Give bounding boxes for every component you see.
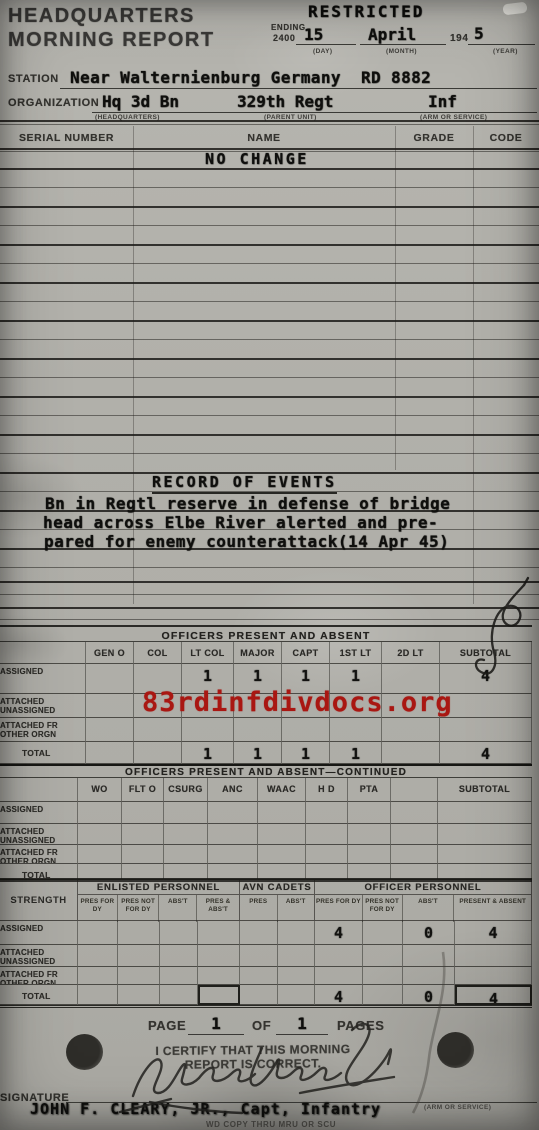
grid-cell bbox=[455, 967, 532, 985]
strength-group-title: ENLISTED PERSONNEL bbox=[78, 880, 239, 895]
grid-cell bbox=[440, 718, 532, 742]
grid-cell bbox=[391, 824, 438, 845]
grid-cell bbox=[86, 718, 134, 742]
grid-cell bbox=[258, 802, 306, 824]
ruled-line bbox=[0, 206, 539, 208]
ruled-line bbox=[0, 358, 539, 360]
ruled-line bbox=[0, 168, 539, 170]
grid-row-label: TOTAL bbox=[0, 742, 86, 764]
grid-cell bbox=[78, 985, 118, 1005]
strength-subheader-row: PRES FOR DYPRES NOT FOR DYABS'TPRES & AB… bbox=[78, 895, 239, 922]
of-label: OF bbox=[252, 1018, 271, 1033]
grid-col-header: ANC bbox=[208, 778, 258, 802]
record-of-events-title: RECORD OF EVENTS bbox=[152, 473, 337, 494]
grid-col-header: WO bbox=[78, 778, 122, 802]
strength-subheader-row: PRESABS'T bbox=[240, 895, 314, 922]
grid-cell bbox=[348, 845, 391, 864]
grid-col-header: COL bbox=[134, 642, 182, 664]
morning-report-document: HEADQUARTERS MORNING REPORT RESTRICTED E… bbox=[0, 0, 539, 1130]
form-title-line2: MORNING REPORT bbox=[8, 29, 215, 52]
grid-cell: 4 bbox=[440, 664, 532, 694]
grid-row-label: ATTACHED FR OTHER ORGN bbox=[0, 718, 86, 742]
certification-statement: I CERTIFY THAT THIS MORNING REPORT IS CO… bbox=[138, 1042, 368, 1073]
ruled-line bbox=[0, 244, 539, 246]
grid-col-header: LT COL bbox=[182, 642, 234, 664]
ruled-line bbox=[0, 377, 539, 378]
ruled-line bbox=[0, 263, 539, 264]
copy-routing-note: WD COPY THRU MRU OR SCU bbox=[206, 1120, 336, 1129]
grid-row-label: ASSIGNED bbox=[0, 921, 78, 945]
strength-subheader: ABS'T bbox=[403, 895, 455, 922]
strength-table-header: STRENGTHENLISTED PERSONNELPRES FOR DYPRE… bbox=[0, 878, 532, 920]
grid-cell: 4 bbox=[440, 742, 532, 764]
ruled-line bbox=[0, 301, 539, 302]
punch-hole-left bbox=[66, 1034, 103, 1070]
grid-cell bbox=[315, 945, 363, 967]
ruled-line bbox=[0, 594, 539, 595]
grid-cell: 1 bbox=[182, 742, 234, 764]
restricted-stamp: RESTRICTED bbox=[308, 2, 424, 21]
grid-cell bbox=[78, 802, 122, 824]
org-unit-value: Hq 3d Bn bbox=[102, 92, 179, 111]
grid-cell bbox=[198, 967, 240, 985]
strength-subheader: ABS'T bbox=[159, 895, 197, 922]
strength-header-label: STRENGTH bbox=[0, 880, 78, 920]
strength-subheader: PRES FOR DY bbox=[315, 895, 363, 922]
grid-row-label: ASSIGNED bbox=[0, 664, 86, 694]
grid-cell bbox=[391, 802, 438, 824]
ruled-line bbox=[0, 320, 539, 322]
grid-col-header bbox=[391, 778, 438, 802]
day-value: 15 bbox=[304, 25, 323, 44]
grid-cell bbox=[278, 945, 315, 967]
grid-cell bbox=[258, 824, 306, 845]
arm-or-service-caption: (ARM OR SERVICE) bbox=[424, 1104, 491, 1111]
ruled-line bbox=[0, 453, 539, 454]
grid-cell bbox=[198, 945, 240, 967]
grid-cell: 1 bbox=[282, 742, 330, 764]
pages-number-blank: 1 bbox=[276, 1014, 328, 1035]
grid-cell bbox=[182, 718, 234, 742]
grid-row-label: ATTACHED FR OTHER ORGN bbox=[0, 845, 78, 864]
grid-cell bbox=[258, 845, 306, 864]
grid-cell bbox=[164, 802, 208, 824]
grid-cell bbox=[134, 742, 182, 764]
scan-artifact-mark bbox=[502, 2, 527, 16]
org-arm-value: Inf bbox=[428, 92, 457, 111]
grid-cell bbox=[306, 802, 348, 824]
month-value: April bbox=[368, 25, 416, 44]
form-title-line1: HEADQUARTERS bbox=[8, 5, 195, 28]
grid-cell bbox=[348, 802, 391, 824]
grid-cell bbox=[363, 985, 403, 1005]
grid-col-header: GEN O bbox=[86, 642, 134, 664]
grid-cell bbox=[315, 967, 363, 985]
strength-group: OFFICER PERSONNELPRES FOR DYPRES NOT FOR… bbox=[315, 880, 532, 920]
grid-row-label: TOTAL bbox=[0, 985, 78, 1005]
grid-row-label: ATTACHED UNASSIGNED bbox=[0, 945, 78, 967]
grid-cell bbox=[160, 967, 198, 985]
grid-corner-cell bbox=[0, 642, 86, 664]
station-value: Near Walternienburg Germany RD 8882 bbox=[70, 68, 431, 87]
grid-cell bbox=[122, 824, 164, 845]
grid-cell bbox=[78, 824, 122, 845]
officers-continued-title: OFFICERS PRESENT AND ABSENT—CONTINUED bbox=[0, 764, 532, 778]
grid-cell bbox=[391, 845, 438, 864]
col-header-name: NAME bbox=[133, 132, 395, 144]
grid-cell bbox=[160, 921, 198, 945]
officers-continued-table: OFFICERS PRESENT AND ABSENT—CONTINUED WO… bbox=[0, 764, 532, 882]
grid-corner-cell bbox=[0, 778, 78, 802]
grid-cell bbox=[86, 664, 134, 694]
organization-label: ORGANIZATION bbox=[8, 97, 99, 109]
strength-subheader: PRES NOT FOR DY bbox=[363, 895, 403, 922]
grid-col-header: SUBTOTAL bbox=[440, 642, 532, 664]
grid-cell: 0 bbox=[403, 985, 455, 1005]
grid-cell bbox=[160, 985, 198, 1005]
grid-row-label: ATTACHED UNASSIGNED bbox=[0, 824, 78, 845]
roster-divider-3 bbox=[473, 126, 474, 604]
grid-cell bbox=[278, 967, 315, 985]
events-line-2: head across Elbe River alerted and pre- bbox=[43, 513, 438, 532]
grid-row-label: ATTACHED FR OTHER ORGN bbox=[0, 967, 78, 985]
ruled-line bbox=[0, 415, 539, 416]
strength-subheader: PRES NOT FOR DY bbox=[118, 895, 160, 922]
page-label: PAGE bbox=[148, 1018, 186, 1033]
strength-subheader: PRESENT & ABSENT bbox=[454, 895, 531, 922]
ruled-line bbox=[0, 619, 539, 620]
grid-cell bbox=[234, 718, 282, 742]
grid-col-header: 2D LT bbox=[382, 642, 440, 664]
page-number-value: 1 bbox=[211, 1014, 221, 1033]
roster-divider-2 bbox=[395, 126, 396, 470]
col-header-serial-number: SERIAL NUMBER bbox=[0, 132, 133, 144]
grid-cell bbox=[164, 824, 208, 845]
officers-table-title: OFFICERS PRESENT AND ABSENT bbox=[0, 625, 532, 642]
strength-group-title: AVN CADETS bbox=[240, 880, 314, 895]
grid-cell bbox=[164, 845, 208, 864]
grid-cell bbox=[240, 967, 278, 985]
grid-cell bbox=[363, 967, 403, 985]
grid-cell bbox=[78, 921, 118, 945]
grid-cell bbox=[86, 742, 134, 764]
officers-continued-grid: WOFLT OCSURGANCWAACH DPTASUBTOTALASSIGNE… bbox=[0, 778, 532, 882]
strength-subheader: PRES & ABS'T bbox=[197, 895, 239, 922]
grid-cell bbox=[78, 845, 122, 864]
header-rule-2 bbox=[0, 124, 539, 125]
grid-cell bbox=[403, 945, 455, 967]
strength-table-grid: ASSIGNED404ATTACHED UNASSIGNEDATTACHED F… bbox=[0, 920, 532, 1008]
grid-cell bbox=[78, 945, 118, 967]
header-rule-1 bbox=[0, 120, 539, 122]
grid-cell bbox=[306, 824, 348, 845]
grid-cell bbox=[240, 985, 278, 1005]
year-caption: (YEAR) bbox=[493, 48, 518, 55]
grid-cell bbox=[330, 718, 382, 742]
grid-cell bbox=[455, 945, 532, 967]
ruled-line bbox=[0, 282, 539, 284]
pages-number-value: 1 bbox=[297, 1014, 307, 1033]
grid-cell bbox=[438, 845, 532, 864]
grid-cell bbox=[306, 845, 348, 864]
strength-table: STRENGTHENLISTED PERSONNELPRES FOR DYPRE… bbox=[0, 878, 532, 1008]
grid-col-header: 1ST LT bbox=[330, 642, 382, 664]
month-caption: (MONTH) bbox=[386, 48, 417, 55]
grid-cell bbox=[208, 845, 258, 864]
grid-cell bbox=[363, 945, 403, 967]
grid-cell bbox=[118, 921, 160, 945]
page-number-blank: 1 bbox=[188, 1014, 244, 1035]
col-header-code: CODE bbox=[473, 132, 539, 144]
grid-cell bbox=[160, 945, 198, 967]
ruled-line bbox=[0, 339, 539, 340]
grid-cell bbox=[118, 967, 160, 985]
grid-cell bbox=[278, 985, 315, 1005]
grid-cell bbox=[278, 921, 315, 945]
grid-cell bbox=[118, 945, 160, 967]
grid-cell bbox=[208, 824, 258, 845]
strength-group: AVN CADETSPRESABS'T bbox=[240, 880, 315, 920]
grid-cell bbox=[382, 742, 440, 764]
grid-col-header: SUBTOTAL bbox=[438, 778, 532, 802]
ending-time: 2400 bbox=[273, 33, 295, 43]
grid-cell bbox=[208, 802, 258, 824]
grid-cell bbox=[198, 921, 240, 945]
grid-cell bbox=[440, 694, 532, 718]
ruled-line bbox=[0, 396, 539, 398]
grid-cell: 0 bbox=[403, 921, 455, 945]
certify-line-2: REPORT IS CORRECT. bbox=[138, 1056, 368, 1073]
grid-cell bbox=[438, 824, 532, 845]
grid-col-header: CSURG bbox=[164, 778, 208, 802]
grid-cell bbox=[198, 985, 240, 1005]
ruled-line bbox=[0, 434, 539, 436]
day-caption: (DAY) bbox=[313, 48, 332, 55]
grid-cell: 4 bbox=[455, 985, 532, 1005]
grid-col-header: PTA bbox=[348, 778, 391, 802]
watermark-text: 83rdinfdivdocs.org bbox=[142, 687, 453, 718]
ruled-line bbox=[0, 225, 539, 226]
grid-cell: 4 bbox=[455, 921, 532, 945]
ruled-line bbox=[0, 187, 539, 188]
grid-cell: 1 bbox=[330, 742, 382, 764]
grid-col-header: WAAC bbox=[258, 778, 306, 802]
ruled-line bbox=[0, 567, 539, 568]
pages-label: PAGES bbox=[337, 1018, 385, 1033]
grid-cell bbox=[382, 718, 440, 742]
grid-cell bbox=[240, 945, 278, 967]
grid-col-header: MAJOR bbox=[234, 642, 282, 664]
certify-line-1: I CERTIFY THAT THIS MORNING bbox=[138, 1042, 368, 1059]
punch-hole-right bbox=[437, 1032, 474, 1068]
strength-group-title: OFFICER PERSONNEL bbox=[315, 880, 531, 895]
strength-subheader: PRES FOR DY bbox=[78, 895, 118, 922]
col-header-grade: GRADE bbox=[395, 132, 473, 144]
roster-entry-no-change: NO CHANGE bbox=[205, 150, 309, 168]
strength-subheader: PRES bbox=[240, 895, 278, 922]
strength-subheader-row: PRES FOR DYPRES NOT FOR DYABS'TPRESENT &… bbox=[315, 895, 531, 922]
grid-cell: 4 bbox=[315, 985, 363, 1005]
grid-cell bbox=[134, 718, 182, 742]
org-parent-value: 329th Regt bbox=[237, 92, 333, 111]
grid-cell bbox=[240, 921, 278, 945]
grid-col-header: FLT O bbox=[122, 778, 164, 802]
grid-cell bbox=[118, 985, 160, 1005]
events-line-3: pared for enemy counterattack(14 Apr 45) bbox=[44, 532, 449, 551]
grid-cell bbox=[122, 802, 164, 824]
grid-cell bbox=[348, 824, 391, 845]
year-prefix: 194 bbox=[450, 33, 469, 44]
year-value: 5 bbox=[474, 24, 484, 43]
grid-row-label: ATTACHED UNASSIGNED bbox=[0, 694, 86, 718]
events-line-1: Bn in Regtl reserve in defense of bridge bbox=[45, 494, 450, 513]
signed-name: JOHN F. CLEARY, JR., Capt, Infantry bbox=[30, 1100, 381, 1118]
grid-cell bbox=[403, 967, 455, 985]
strength-group: ENLISTED PERSONNELPRES FOR DYPRES NOT FO… bbox=[78, 880, 240, 920]
grid-col-header: H D bbox=[306, 778, 348, 802]
grid-cell bbox=[282, 718, 330, 742]
strength-subheader: ABS'T bbox=[278, 895, 315, 922]
station-label: STATION bbox=[8, 73, 59, 85]
grid-cell: 1 bbox=[234, 742, 282, 764]
grid-row-label: ASSIGNED bbox=[0, 802, 78, 824]
grid-cell bbox=[438, 802, 532, 824]
grid-cell bbox=[78, 967, 118, 985]
grid-cell: 4 bbox=[315, 921, 363, 945]
ruled-line bbox=[0, 581, 539, 583]
grid-col-header: CAPT bbox=[282, 642, 330, 664]
grid-cell bbox=[363, 921, 403, 945]
ruled-line bbox=[0, 607, 539, 609]
grid-cell bbox=[86, 694, 134, 718]
grid-cell bbox=[122, 845, 164, 864]
